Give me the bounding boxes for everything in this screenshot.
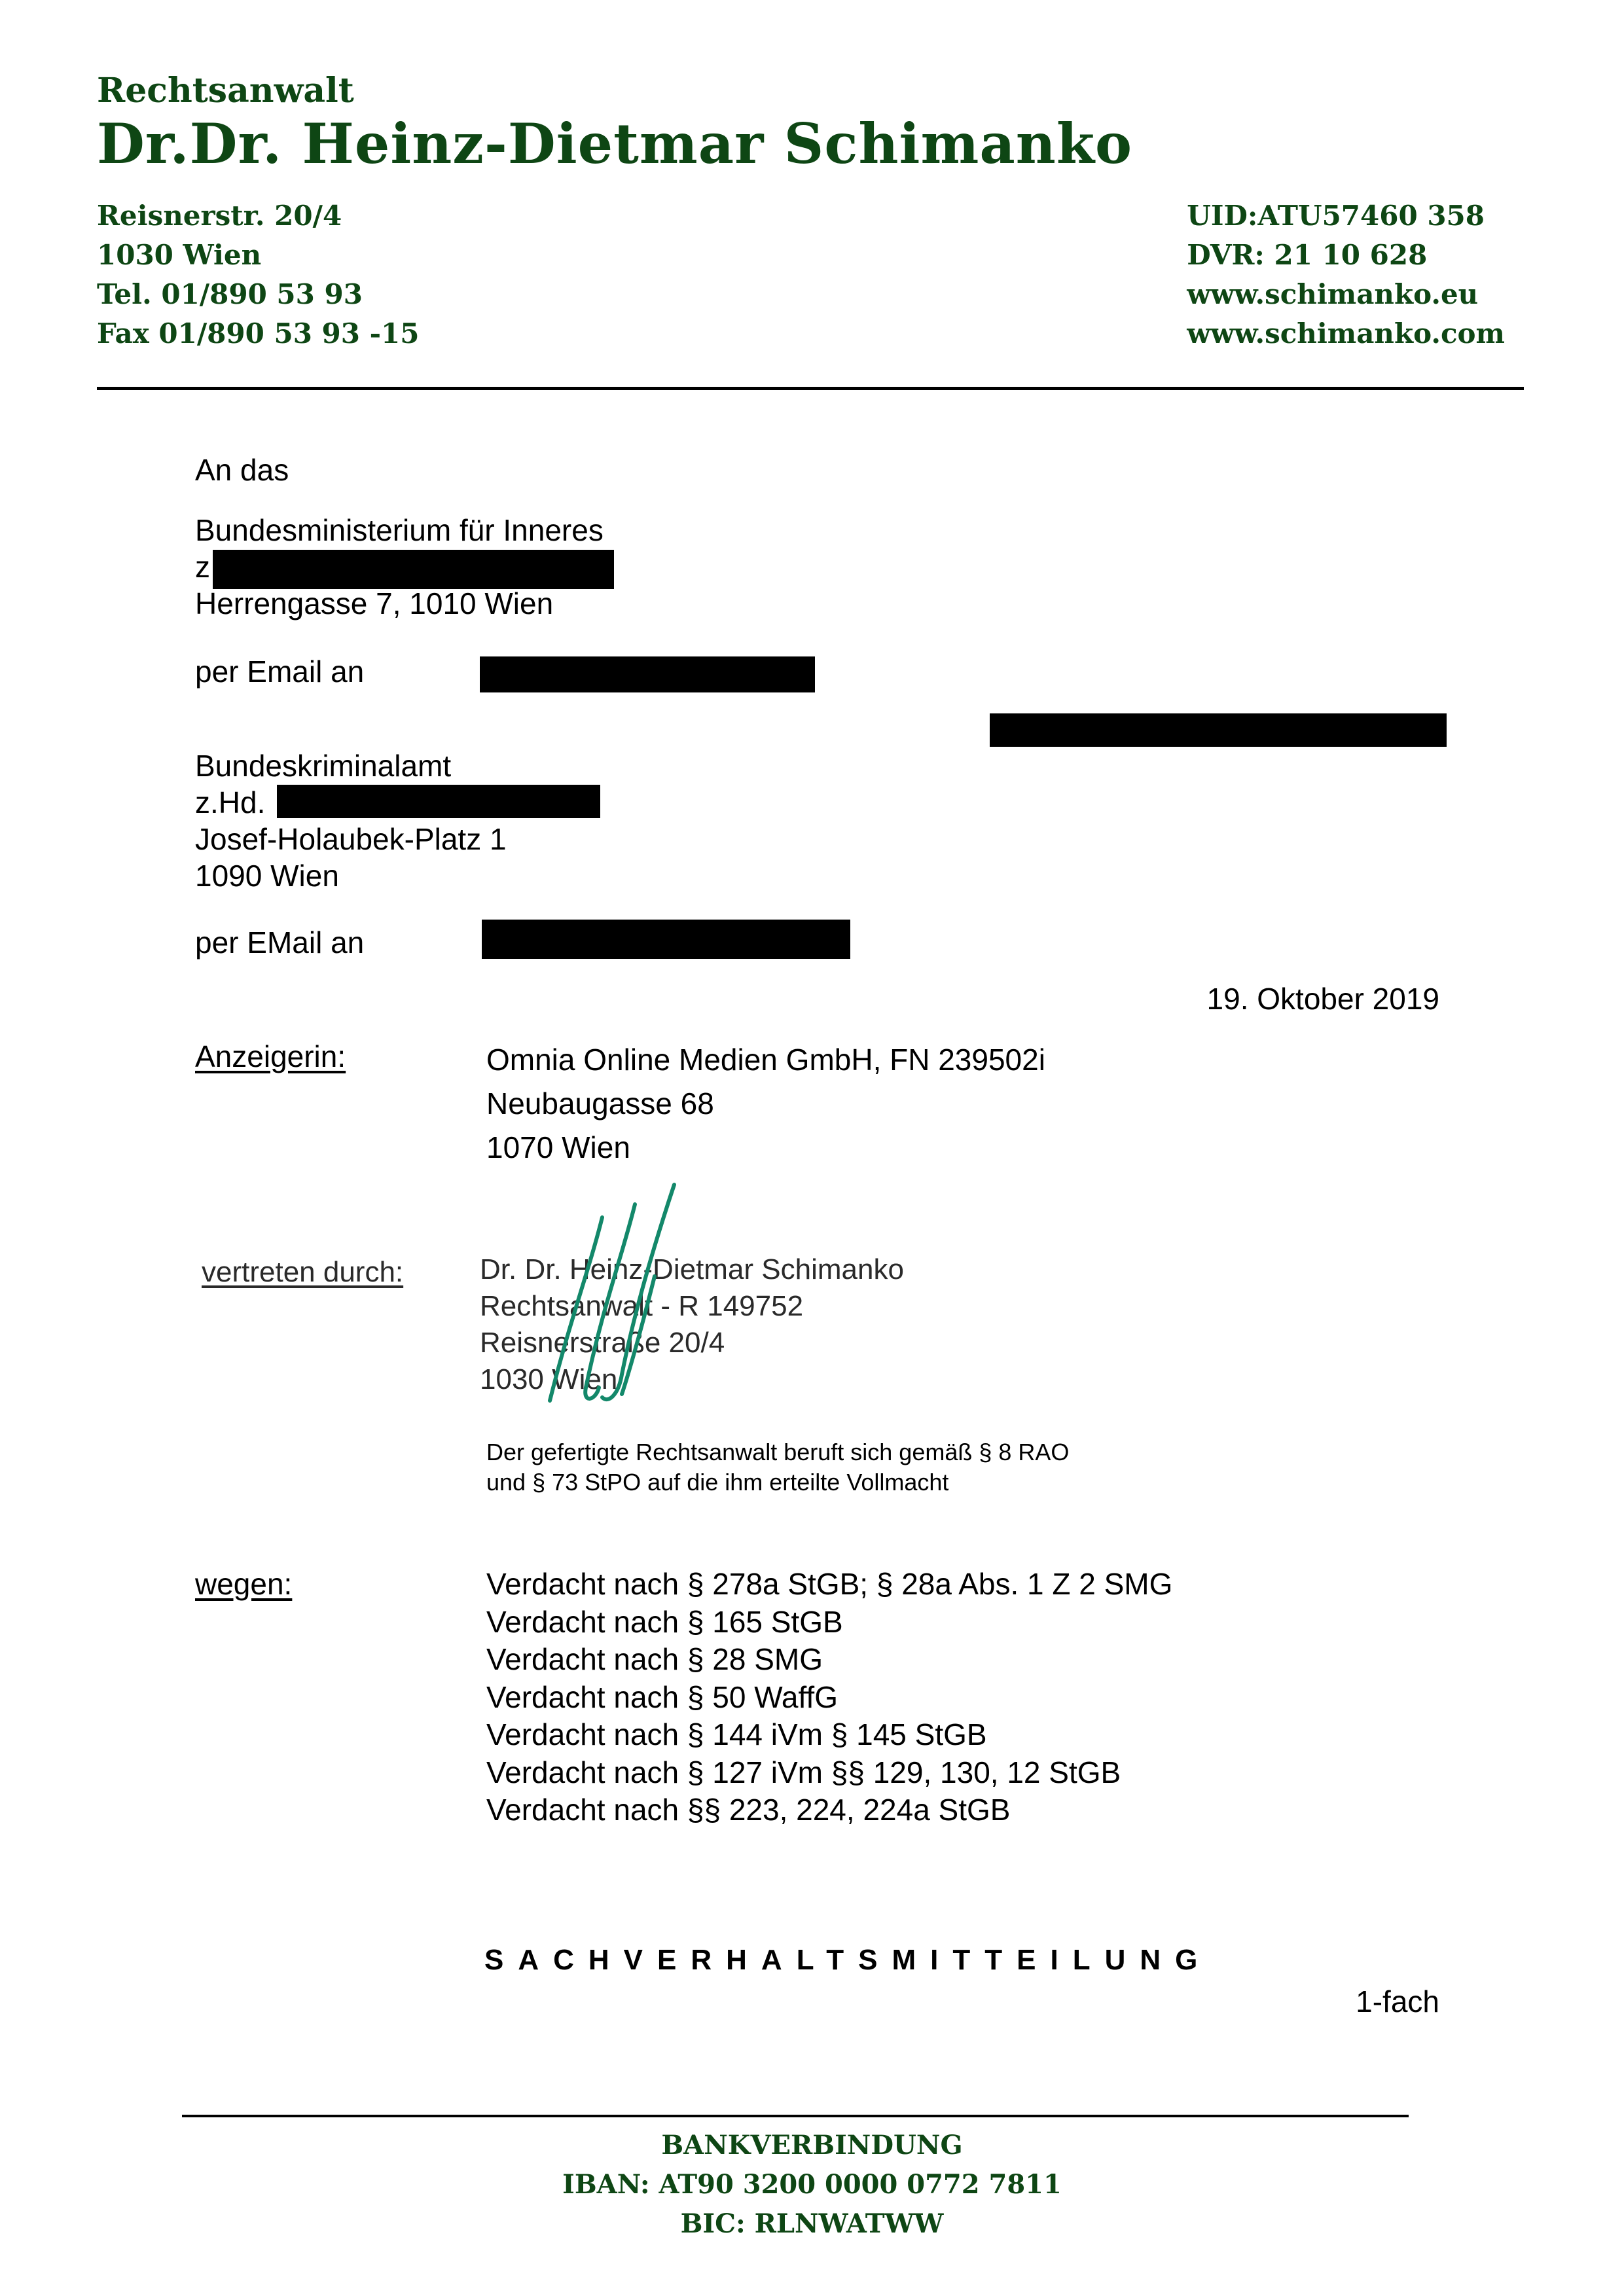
recipient-bk: Bundeskriminalamt z.Hd. Josef-Holaubek-P…: [195, 747, 507, 894]
charges-list: Verdacht nach § 278a StGB; § 28a Abs. 1 …: [486, 1566, 1172, 1829]
note-line: und § 73 StPO auf die ihm erteilte Vollm…: [486, 1467, 1069, 1498]
uid: UID:ATU57460 358: [1187, 196, 1505, 236]
charge-item: Verdacht nach § 144 iVm § 145 StGB: [486, 1716, 1172, 1754]
bk-city: 1090 Wien: [195, 857, 507, 894]
bmi-address: Herrengasse 7, 1010 Wien: [195, 585, 604, 622]
letter-date: 19. Oktober 2019: [1207, 980, 1439, 1017]
complainant-company: Omnia Online Medien GmbH, FN 239502i: [486, 1038, 1045, 1082]
charge-item: Verdacht nach § 28 SMG: [486, 1641, 1172, 1679]
bmi-name: Bundesministerium für Inneres: [195, 512, 604, 548]
redaction-bk-email: [482, 920, 850, 959]
document-heading: SACHVERHALTSMITTEILUNG: [484, 1944, 1212, 1977]
address-street: Reisnerstr. 20/4: [97, 196, 420, 236]
redaction-bk-attn: [277, 785, 600, 818]
bank-bic: BIC: RLNWATWW: [0, 2204, 1624, 2244]
redaction-extra-email: [990, 713, 1447, 747]
bk-email-label: per EMail an: [195, 924, 364, 961]
complainant-details: Omnia Online Medien GmbH, FN 239502i Neu…: [486, 1038, 1045, 1170]
bmi-email-label: per Email an: [195, 653, 364, 690]
website-com[interactable]: www.schimanko.com: [1187, 314, 1505, 353]
letterhead-name: Dr.Dr. Heinz-Dietmar Schimanko: [97, 111, 1132, 176]
bank-details: BANKVERBINDUNG IBAN: AT90 3200 0000 0772…: [0, 2126, 1624, 2244]
represented-label: vertreten durch:: [202, 1254, 403, 1291]
footer-divider: [182, 2115, 1409, 2117]
letterhead-title: Rechtsanwalt: [97, 71, 354, 111]
power-of-attorney-note: Der gefertigte Rechtsanwalt beruft sich …: [486, 1437, 1069, 1498]
complainant-street: Neubaugasse 68: [486, 1082, 1045, 1126]
charge-item: Verdacht nach §§ 223, 224, 224a StGB: [486, 1791, 1172, 1829]
dvr: DVR: 21 10 628: [1187, 236, 1505, 275]
letterhead-ids: UID:ATU57460 358 DVR: 21 10 628 www.schi…: [1187, 196, 1505, 353]
website-eu[interactable]: www.schimanko.eu: [1187, 275, 1505, 314]
redaction-bmi-attn: [267, 550, 614, 589]
note-line: Der gefertigte Rechtsanwalt beruft sich …: [486, 1437, 1069, 1467]
header-divider: [97, 387, 1524, 390]
fax: Fax 01/890 53 93 -15: [97, 314, 420, 353]
charges-label: wegen:: [195, 1566, 292, 1602]
bank-title: BANKVERBINDUNG: [0, 2126, 1624, 2165]
address-city: 1030 Wien: [97, 236, 420, 275]
charge-item: Verdacht nach § 127 iVm §§ 129, 130, 12 …: [486, 1754, 1172, 1792]
charge-item: Verdacht nach § 165 StGB: [486, 1604, 1172, 1641]
charge-item: Verdacht nach § 278a StGB; § 28a Abs. 1 …: [486, 1566, 1172, 1604]
phone: Tel. 01/890 53 93: [97, 275, 420, 314]
bk-street: Josef-Holaubek-Platz 1: [195, 821, 507, 857]
complainant-label: Anzeigerin:: [195, 1038, 346, 1075]
redaction-bmi-email: [480, 656, 815, 692]
salutation-intro: An das: [195, 452, 289, 488]
signature-icon: [524, 1178, 733, 1414]
complainant-city: 1070 Wien: [486, 1126, 1045, 1170]
charge-item: Verdacht nach § 50 WaffG: [486, 1679, 1172, 1717]
bank-iban: IBAN: AT90 3200 0000 0772 7811: [0, 2165, 1624, 2204]
copies-count: 1-fach: [1356, 1983, 1439, 2020]
bk-name: Bundeskriminalamt: [195, 747, 507, 784]
letterhead-address: Reisnerstr. 20/4 1030 Wien Tel. 01/890 5…: [97, 196, 420, 353]
